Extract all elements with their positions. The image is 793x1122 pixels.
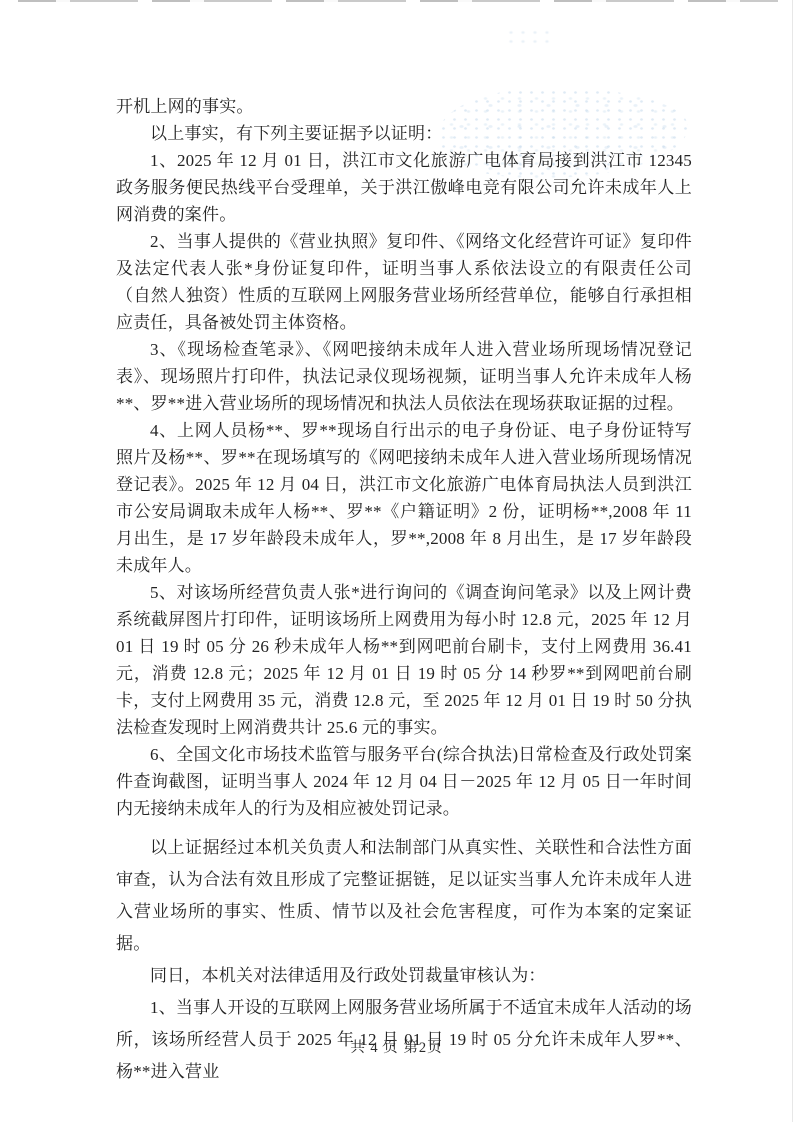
document-body: 开机上网的事实。 以上事实，有下列主要证据予以证明： 1、2025 年 12 月…: [116, 93, 692, 1088]
paragraph-same-day: 同日，本机关对法律适用及行政处罚裁量审核认为：: [116, 960, 692, 992]
document-page: 开机上网的事实。 以上事实，有下列主要证据予以证明： 1、2025 年 12 月…: [0, 0, 793, 1122]
paragraph-evidence-2: 2、当事人提供的《营业执照》复印件、《网络文化经营许可证》复印件及法定代表人张*…: [116, 228, 692, 336]
paragraph-facts-intro: 以上事实，有下列主要证据予以证明：: [116, 120, 692, 147]
paragraph-evidence-review: 以上证据经过本机关负责人和法制部门从真实性、关联性和合法性方面审查，认为合法有效…: [116, 832, 692, 960]
paragraph-evidence-4: 4、上网人员杨**、罗**现场自行出示的电子身份证、电子身份证特写照片及杨**、…: [116, 417, 692, 579]
paragraph-evidence-5: 5、对该场所经营负责人张*进行询问的《调查询问笔录》以及上网计费系统截屏图片打印…: [116, 579, 692, 741]
paragraph-continuation: 开机上网的事实。: [116, 93, 692, 120]
scan-edge-artifact: [18, 0, 778, 2]
faint-stamp-dot: [505, 28, 553, 46]
paragraph-evidence-3: 3、《现场检查笔录》、《网吧接纳未成年人进入营业场所现场情况登记表》、现场照片打…: [116, 336, 692, 417]
paragraph-evidence-6: 6、全国文化市场技术监管与服务平台(综合执法)日常检查及行政处罚案件查询截图，证…: [116, 741, 692, 822]
paragraph-evidence-1: 1、2025 年 12 月 01 日，洪江市文化旅游广电体育局接到洪江市 123…: [116, 147, 692, 228]
page-footer: 共 4 页 第2页: [0, 1036, 793, 1057]
page-number: 共 4 页 第2页: [350, 1040, 442, 1056]
